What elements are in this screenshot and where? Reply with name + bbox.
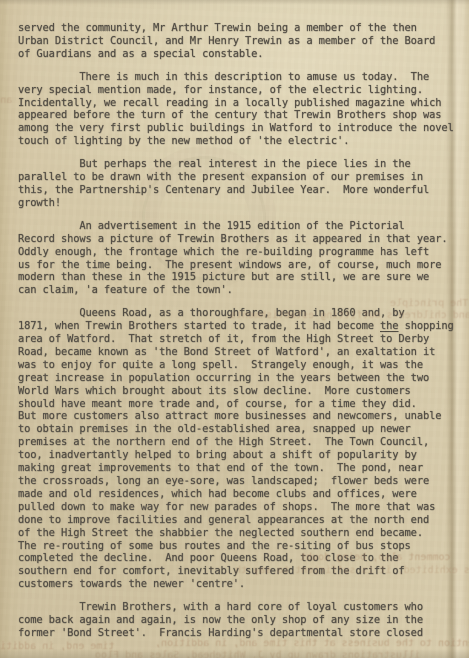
bleedthrough-text: and had by [0, 95, 12, 106]
paragraph-community-service: served the community, Mr Arthur Trewin b… [18, 22, 462, 61]
paragraph-1915-advertisement: An advertisement in the 1915 edition of … [18, 220, 462, 297]
queens-road-text-after: shopping area of Watford. That stretch o… [18, 320, 454, 590]
document-page: served the community, Mr Arthur Trewin b… [0, 0, 469, 658]
paragraph-electric-lighting: There is much in this description to amu… [18, 71, 462, 148]
typewritten-text-column: served the community, Mr Arthur Trewin b… [18, 22, 462, 650]
paragraph-loyal-customers: Trewin Brothers, with a hard core of loy… [18, 601, 462, 640]
queens-road-text-before: Queens Road, as a thoroughfare, began in… [18, 307, 405, 332]
bleedthrough-text: illustrations drawn up by J. Whitehead, … [95, 650, 420, 658]
paragraph-centenary-jubilee: But perhaps the real interest in the pie… [18, 158, 462, 210]
underlined-word-the: the [380, 320, 398, 332]
paragraph-queens-road-history: Queens Road, as a thoroughfare, began in… [18, 307, 462, 591]
